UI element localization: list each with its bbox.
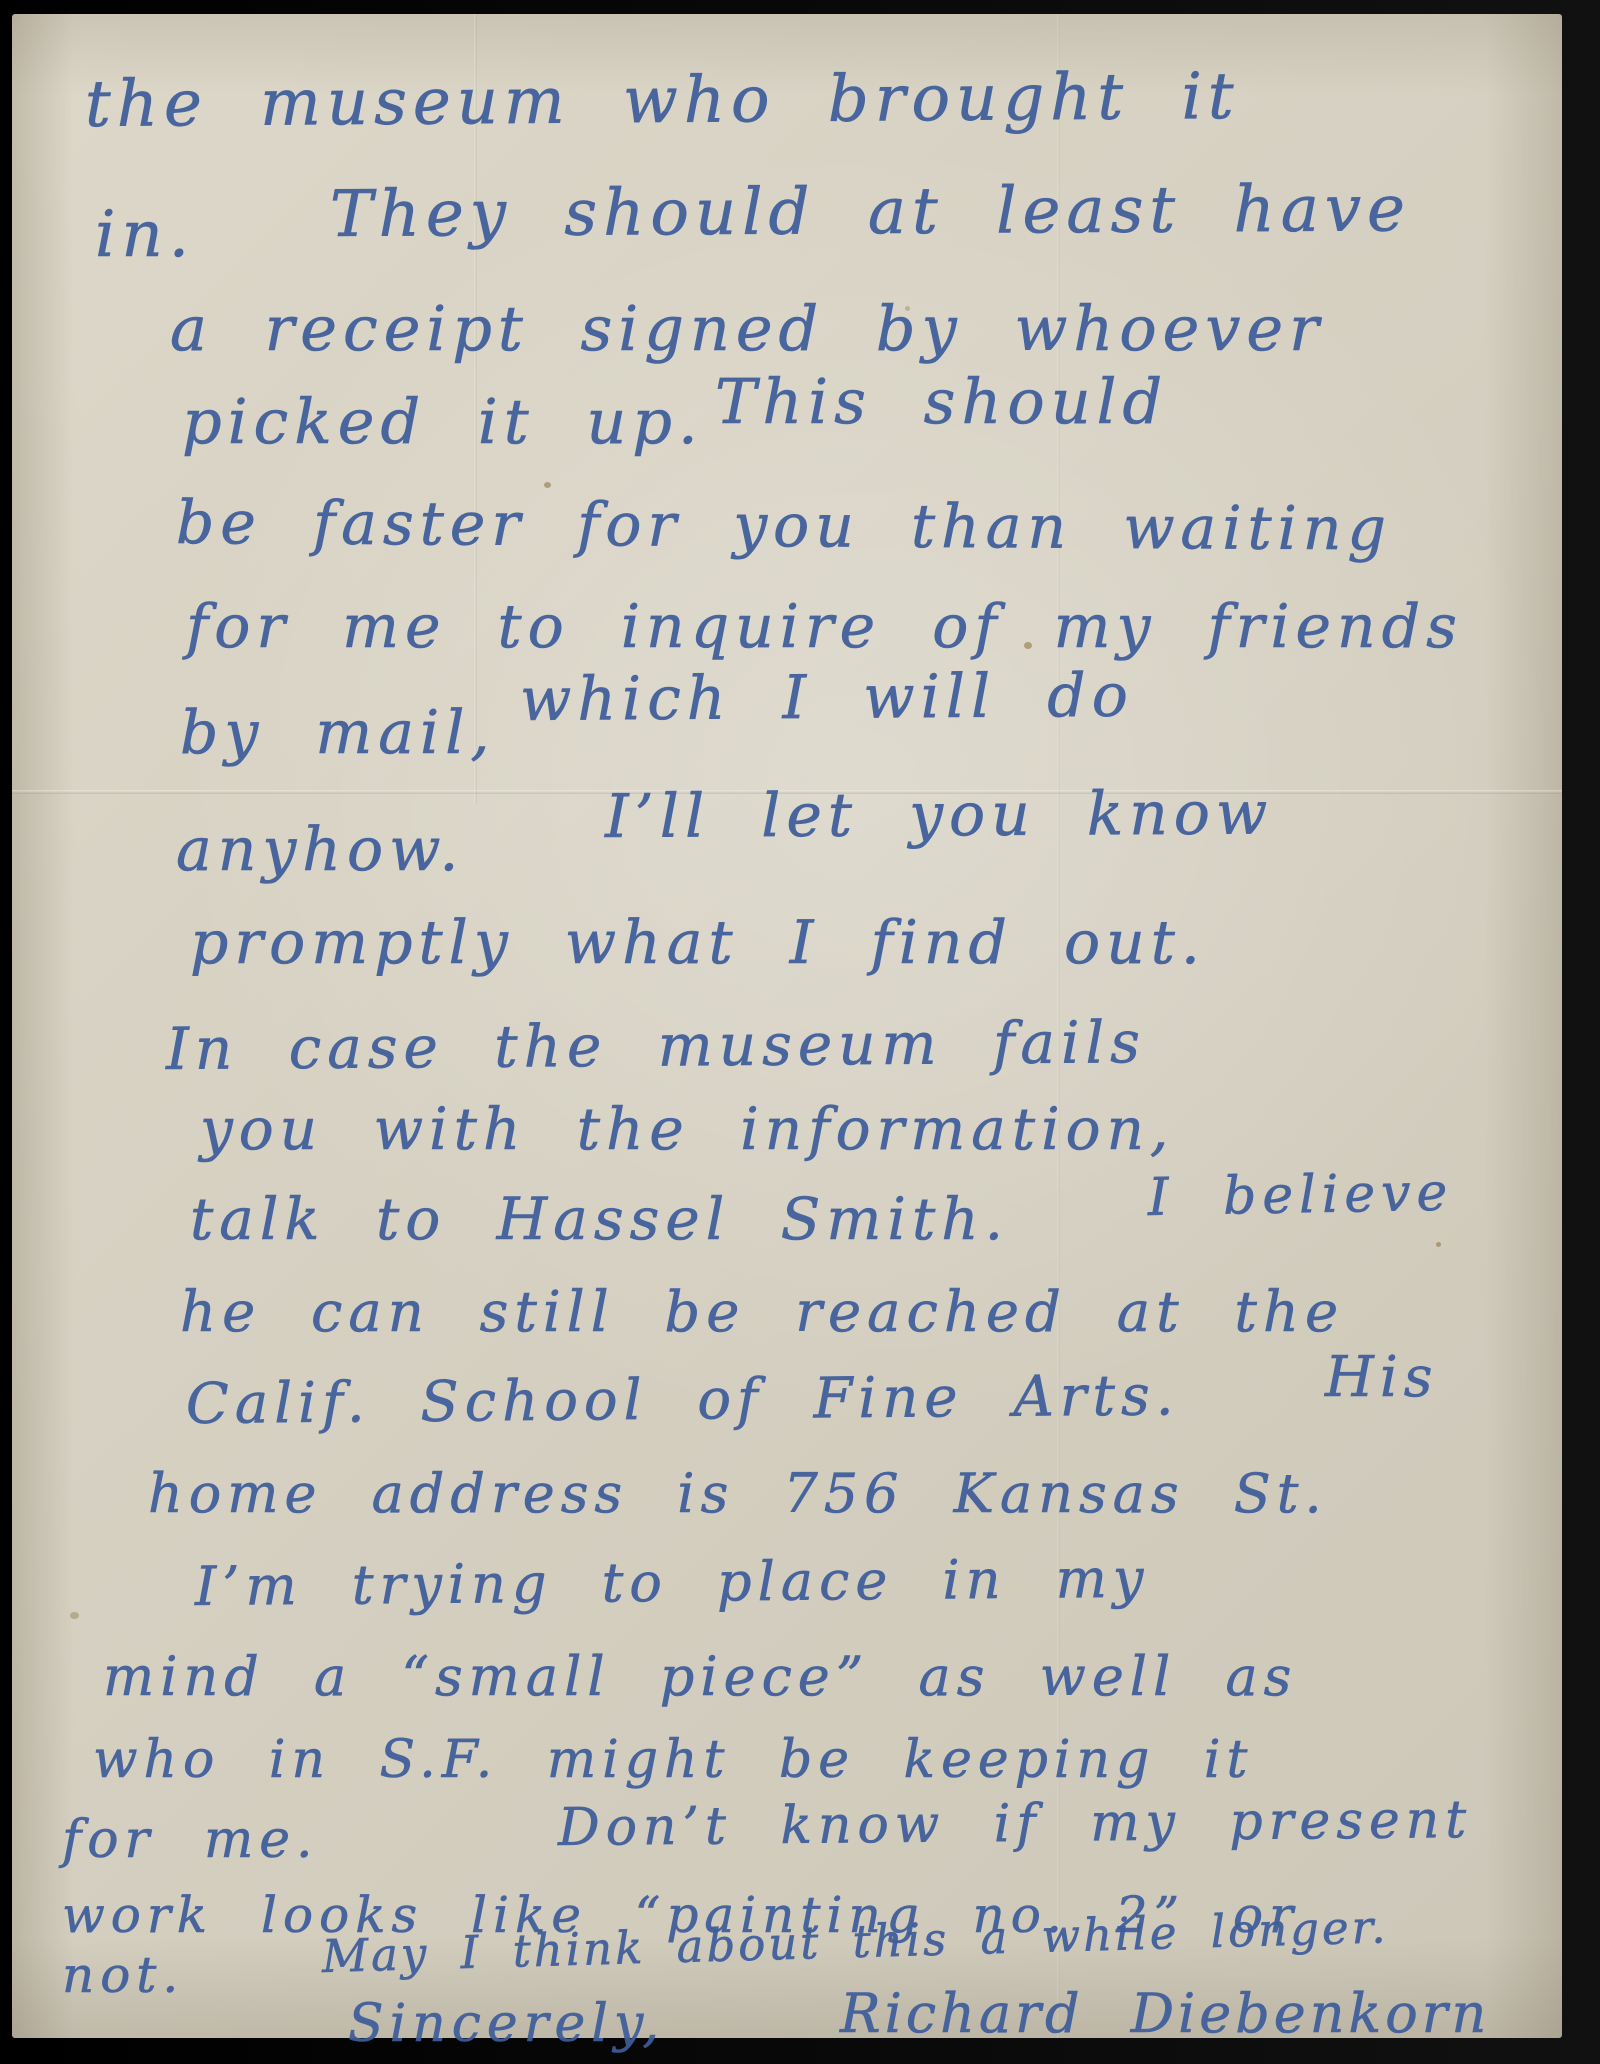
letter-line-segment: the museum who brought it [85,60,1240,142]
letter-line-segment: Don’t know if my present [558,1790,1473,1858]
letter-line-segment: talk to Hassel Smith. [190,1185,1009,1253]
letter-line-segment: anyhow. [176,815,464,885]
letter-line-segment: Calif. School of Fine Arts. [186,1363,1180,1437]
letter-line-segment: picked it up. [182,385,704,458]
letter-line-segment: mind a “small piece” as well as [103,1645,1297,1708]
letter-signature: Richard Diebenkorn [840,1982,1490,2045]
letter-line-segment: I’ll let you know [605,779,1274,852]
paper-speck [544,482,551,488]
letter-line-segment: he can still be reached at the [180,1280,1344,1345]
letter-line-segment: I’m trying to place in my [195,1547,1150,1618]
letter-line-segment: They should at least have [330,172,1411,252]
letter-line-segment: be faster for you than waiting [176,488,1392,564]
letter-closing: Sincerely, [348,1994,665,2054]
letter-line-segment: a receipt signed by whoever [170,292,1325,365]
letter-line-segment: In case the museum fails [166,1008,1146,1083]
scanned-letter-background: the museum who brought it in. They shoul… [0,0,1600,2064]
letter-line-segment: This should [715,365,1168,438]
letter-line-segment: for me to inquire of my friends [186,592,1463,662]
letter-line-segment: you with the information, [200,1095,1174,1163]
letter-line-segment: in. [95,198,195,272]
letter-line-segment: not. [62,1946,184,2004]
letter-line-segment: promptly what I find out. [190,908,1206,978]
letter-line-segment: I believe [1147,1163,1453,1228]
letter-line-segment: which I will do [520,661,1134,735]
letter-line-segment: for me. [62,1810,319,1870]
letter-line-segment: home address is 756 Kansas St. [148,1462,1328,1525]
paper-speck [70,1612,79,1619]
letter-line-segment: His [1325,1345,1438,1410]
letter-line-segment: by mail, [180,698,496,768]
letter-line-segment: who in S.F. might be keeping it [93,1730,1253,1790]
paper-speck [1436,1242,1441,1247]
